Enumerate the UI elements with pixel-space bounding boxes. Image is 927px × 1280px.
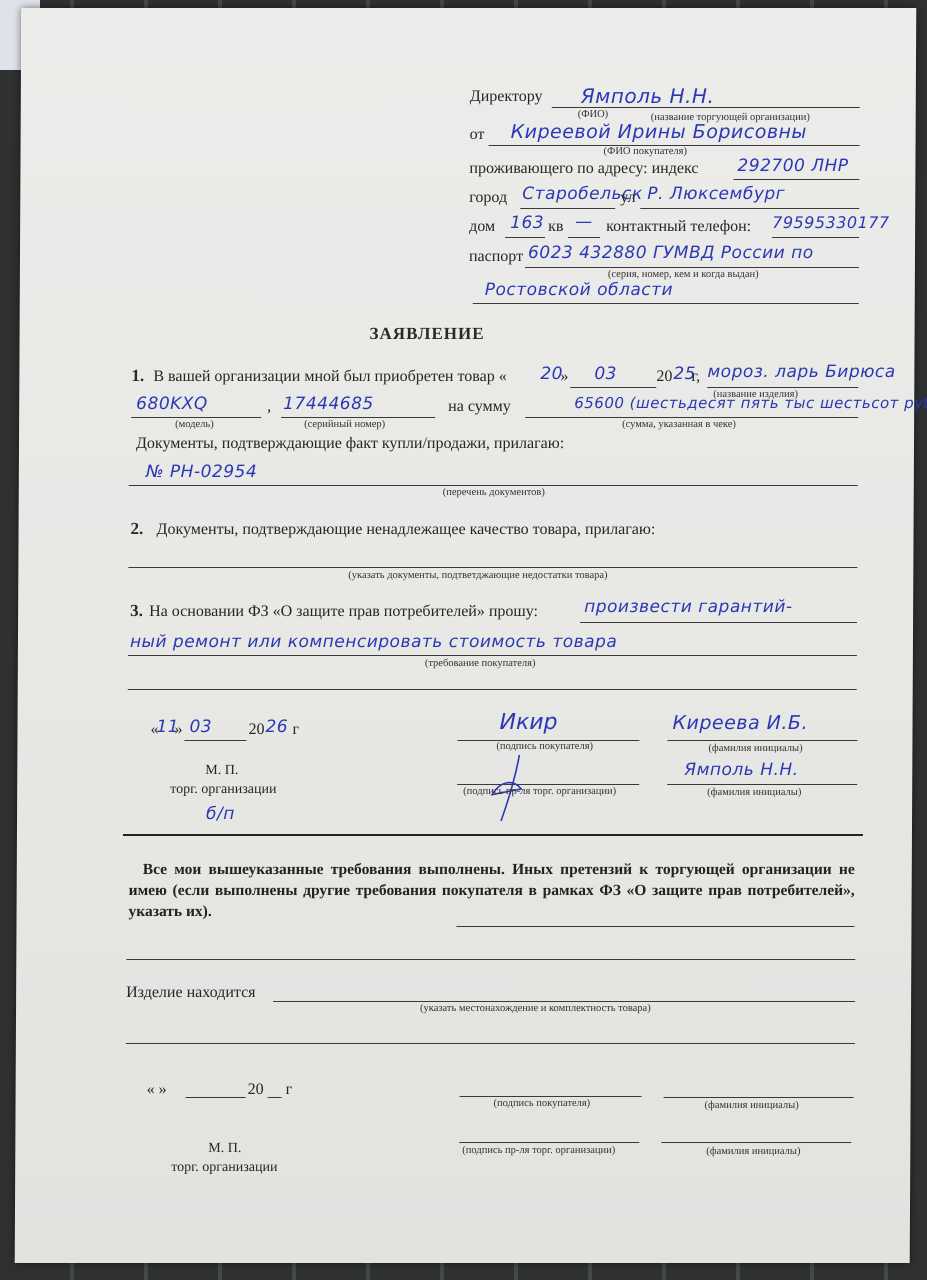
sign-year-prefix: 20 (248, 721, 264, 739)
section-1-number: 1. (131, 366, 144, 386)
purchase-month: 03 (594, 364, 617, 384)
address-label: проживающего по адресу: индекс (469, 160, 698, 178)
section-2-text: Документы, подтверждающие ненадлежащее к… (157, 521, 656, 539)
director-label: Директору (470, 88, 543, 106)
from-value: Киреевой Ирины Борисовны (511, 121, 807, 143)
model-caption: (модель) (175, 419, 214, 430)
application-form: Директору Ямполь Н.Н. (ФИО) (название то… (15, 8, 917, 1263)
blank-org-name-caption: (фамилия инициалы) (706, 1146, 800, 1157)
section-2-number: 2. (131, 519, 144, 539)
director-value: Ямполь Н.Н. (581, 84, 715, 108)
sign-year: 26 (265, 717, 288, 737)
house-label: дом (469, 218, 495, 236)
docs-value: № РН-02954 (146, 462, 257, 482)
index-value: 292700 ЛНР (737, 156, 848, 176)
request-value-2: ный ремонт или компенсировать стоимость … (130, 632, 617, 652)
passport-value-2: Ростовской области (485, 280, 673, 300)
street-label: ул (620, 189, 635, 207)
location-label: Изделие находится (126, 984, 256, 1002)
sum-value: 65600 (шестьдесят пять тыс шестьсот руб) (574, 394, 927, 412)
sum-label: на сумму (448, 398, 511, 416)
model-value: 680KXQ (136, 394, 208, 414)
passport-value: 6023 432880 ГУМВД России по (528, 243, 814, 263)
quote-close: » (560, 368, 568, 386)
buyer-signature: Икир (499, 710, 557, 735)
product-name: мороз. ларь Бирюса (707, 362, 895, 382)
passport-label: паспорт (469, 248, 523, 266)
stamp-label-2: торг. организации (170, 782, 276, 798)
stamp-label-1: М. П. (205, 763, 238, 779)
sign-year-label: г (292, 721, 299, 739)
flat-label: кв (548, 218, 563, 236)
blank-year-prefix: 20 (248, 1081, 264, 1099)
section-3-text: На основании ФЗ «О защите прав потребите… (149, 603, 538, 621)
request-value-1: произвести гарантий- (584, 597, 792, 617)
serial-value: 17444685 (283, 394, 374, 414)
section-3-caption: (требование покупателя) (425, 658, 536, 669)
stamp-value: б/п (206, 804, 235, 824)
serial-caption: (серийный номер) (304, 419, 385, 430)
blank-name-caption: (фамилия инициалы) (705, 1100, 799, 1111)
page-title: ЗАЯВЛЕНИЕ (370, 324, 485, 344)
blank-year-label: г (286, 1081, 293, 1099)
comma: , (267, 398, 271, 416)
org-name: Ямполь Н.Н. (684, 760, 798, 780)
flat-value: — (575, 212, 593, 232)
sign-month: 03 (189, 717, 212, 737)
blank-stamp-label-2: торг. организации (171, 1160, 277, 1176)
city-label: город (469, 189, 507, 207)
docs-caption: (перечень документов) (443, 487, 545, 498)
org-sig-caption: (подпись пр-ля торг. организации) (463, 786, 616, 797)
passport-caption: (серия, номер, кем и когда выдан) (608, 269, 759, 280)
buyer-caption: (ФИО покупателя) (604, 146, 688, 157)
section-3-number: 3. (130, 601, 143, 621)
blank-stamp-label-1: М. П. (208, 1141, 241, 1157)
blank-buyer-sig-caption: (подпись покупателя) (494, 1098, 591, 1109)
docs-text: Документы, подтверждающие факт купли/про… (136, 435, 564, 453)
year-prefix: 20 (656, 368, 672, 386)
buyer-name-caption: (фамилия инициалы) (708, 743, 802, 754)
completion-text: Все мои вышеуказанные требования выполне… (128, 859, 854, 922)
house-value: 163 (510, 213, 544, 233)
section-2-caption: (указать документы, подтветджающие недос… (348, 570, 607, 581)
buyer-sig-caption: (подпись покупателя) (496, 741, 593, 752)
year-label: г, (691, 368, 700, 386)
section-1-text: В вашей организации мной был приобретен … (153, 368, 506, 386)
location-caption: (указать местонахождение и комплектность… (420, 1003, 651, 1014)
date-blank: « » (147, 1081, 167, 1099)
date-close: » (174, 721, 182, 739)
fio-caption: (ФИО) (578, 109, 609, 120)
buyer-name: Киреева И.Б. (672, 712, 808, 734)
phone-value: 79595330177 (772, 213, 890, 232)
phone-label: контактный телефон: (606, 218, 751, 236)
blank-org-sig-caption: (подпись пр-ля торг. организации) (462, 1145, 615, 1156)
org-name-caption: (фамилия инициалы) (707, 787, 801, 798)
from-label: от (470, 126, 485, 144)
sum-caption: (сумма, указанная в чеке) (622, 419, 736, 430)
street-value: Р. Люксембург (647, 184, 785, 204)
